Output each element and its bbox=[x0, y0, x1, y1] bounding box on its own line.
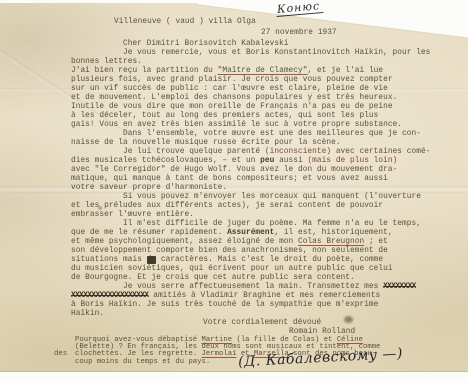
letter-text-segment: Je vous serre affectueusement la main. T… bbox=[123, 283, 383, 291]
letter-line: Il m'est difficile de juger du poème. Ma… bbox=[71, 220, 441, 229]
letter-line: Cher Dimitri Borisovitch Kabalevski bbox=[71, 40, 441, 49]
letter-text-segment: (mais de plus loin) bbox=[307, 157, 397, 165]
letter-line: Si vous pouvez m'envoyer les morceaux qu… bbox=[71, 193, 441, 202]
letter-text-segment: matique, qui manque à tant de bons compo… bbox=[71, 175, 388, 183]
letter-line: matique, qui manque à tant de bons compo… bbox=[71, 175, 441, 184]
letter-text-segment: aussi bbox=[274, 157, 307, 165]
letter-text-segment: (inconsciente) bbox=[265, 148, 331, 156]
letter-line: J'ai bien reçu la partition du "Maître d… bbox=[71, 67, 441, 76]
letter-text-segment: , il est, historiquement, bbox=[274, 229, 392, 237]
letter-text-segment: que de me le résumer rapidement. bbox=[71, 229, 227, 237]
letter-line: Inutile de vous dire que mon oreille de … bbox=[71, 103, 441, 112]
letter-text-segment: Assurément bbox=[227, 229, 274, 237]
margin-insertion-word: des bbox=[54, 351, 67, 358]
letter-line: Haïkin. bbox=[71, 310, 441, 319]
letter-line: plusieurs fois, avec grand plaisir. Je c… bbox=[71, 76, 441, 85]
letter-line: Je lui trouve quelque parenté (inconscie… bbox=[71, 148, 441, 157]
letter-text-segment: de bbox=[147, 256, 156, 264]
letter-text-segment: à Boris Haïkin. Je suis très touché de l… bbox=[71, 301, 378, 309]
letter-text-segment: avec "le Corregidor" de Hugo Wolf. Vous … bbox=[71, 166, 397, 174]
letter-text-segment: avec certaines comé- bbox=[331, 148, 430, 156]
letter-text-segment: Si vous pouvez m'envoyer les morceaux qu… bbox=[123, 193, 421, 201]
letter-text-segment: Cher Dimitri Borisovitch Kabalevski bbox=[123, 40, 289, 48]
letter-text-segment: et les préludes aux différents actes), j… bbox=[71, 202, 383, 210]
letter-text-segment: bonnes lettres. bbox=[71, 58, 142, 66]
letter-line: que de me le résumer rapidement. Assurém… bbox=[71, 229, 441, 238]
letter-text-segment: "Maître de Clamecy" bbox=[218, 67, 308, 75]
ink-blot bbox=[344, 316, 353, 323]
letter-line: Dans l'ensemble, votre œuvre est une des… bbox=[71, 130, 441, 139]
letter-text-segment: gais! Vous en avez très bien assimilé le… bbox=[71, 121, 402, 129]
letter-text-segment: coup moins du temps et du pays. bbox=[75, 358, 210, 366]
letter-text-segment: Romain Rolland bbox=[289, 328, 355, 336]
struck-out-text: XXXXXXXX bbox=[383, 283, 416, 291]
letter-text-segment: ; et bbox=[364, 238, 388, 246]
letter-text-segment: situations mais bbox=[71, 256, 147, 264]
letter-line: sur un vif succès de public : car l'œuvr… bbox=[71, 85, 441, 94]
letter-line: dies musicales tchécoslovaques, – et un … bbox=[71, 157, 441, 166]
letter-text-segment: Colas Breugnon bbox=[298, 238, 364, 246]
letter-text-segment: Je lui trouve quelque parenté bbox=[123, 148, 265, 156]
letter-text-segment: à les déceler, tout au long des premiers… bbox=[71, 112, 378, 120]
letter-text-segment: Dans l'ensemble, votre œuvre est une des… bbox=[123, 130, 421, 138]
letter-line: votre saveur propre d'harmoniste. bbox=[71, 184, 441, 193]
letter-line: de Bourgogne. Et je crois que cet autre … bbox=[71, 274, 441, 283]
letter-text-segment: de Bourgogne. Et je crois que cet autre … bbox=[71, 274, 355, 282]
letter-text-segment: amitiés à Vladimir Braghine et mes remer… bbox=[149, 292, 381, 300]
letter-text-segment: dies musicales tchécoslovaques, – et un bbox=[71, 157, 260, 165]
letter-line: à Boris Haïkin. Je suis très touché de l… bbox=[71, 301, 441, 310]
struck-out-text: XXXXXXXXXXXXXXXXXXX bbox=[71, 292, 149, 300]
letter-text-segment: Haïkin. bbox=[71, 310, 104, 318]
letter-line: et même psychologiquement, assez éloigné… bbox=[71, 238, 441, 247]
letter-line: XXXXXXXXXXXXXXXXXXX amitiés à Vladimir B… bbox=[71, 292, 441, 301]
letter-line: du musicien soviétiques, qui écrivent po… bbox=[71, 265, 441, 274]
letter-text-segment: naisse de la nouvelle musique russe écri… bbox=[71, 139, 341, 147]
letter-line: naisse de la nouvelle musique russe écri… bbox=[71, 139, 441, 148]
letter-address: Villeneuve ( vaud ) villa Olga bbox=[114, 18, 256, 26]
letter-text-segment: J'ai bien reçu la partition du bbox=[71, 67, 218, 75]
letter-line: Votre cordialement dévoué bbox=[71, 319, 441, 328]
letter-line: avec "le Corregidor" de Hugo Wolf. Vous … bbox=[71, 166, 441, 175]
letter-text-segment: et même psychologiquement, assez éloigné… bbox=[71, 238, 298, 246]
scanned-letter-page: Конюс Villeneuve ( vaud ) villa Olga 27 … bbox=[0, 0, 468, 382]
letter-text-segment: Inutile de vous dire que mon oreille de … bbox=[71, 103, 393, 111]
letter-text-segment: , et je l'ai lue bbox=[307, 67, 383, 75]
letter-text-segment: Je vous remercie, vous et Boris Konstant… bbox=[123, 49, 430, 57]
letter-line: embrasser l'œuvre entière. bbox=[71, 211, 441, 220]
letter-body: Cher Dimitri Borisovitch KabalevskiJe vo… bbox=[71, 40, 441, 337]
letter-text-segment: Votre cordialement dévoué bbox=[203, 319, 321, 327]
ink-speck bbox=[98, 206, 102, 210]
letter-text-segment: et de mouvement. L'emploi des chansons p… bbox=[71, 94, 397, 102]
letter-line: et les préludes aux différents actes), j… bbox=[71, 202, 441, 211]
letter-line: bonnes lettres. bbox=[71, 58, 441, 67]
letter-text-segment: son développement comporte bien des anac… bbox=[71, 247, 388, 255]
letter-line: et de mouvement. L'emploi des chansons p… bbox=[71, 94, 441, 103]
letter-text-segment: plusieurs fois, avec grand plaisir. Je c… bbox=[71, 76, 393, 84]
letter-text-segment: caractères. Mais c'est le droit du poète… bbox=[156, 256, 383, 264]
letter-line: Je vous remercie, vous et Boris Konstant… bbox=[71, 49, 441, 58]
letter-line: gais! Vous en avez très bien assimilé le… bbox=[71, 121, 441, 130]
letter-text-segment: sur un vif succès de public : car l'œuvr… bbox=[71, 85, 388, 93]
letter-text-segment: votre saveur propre d'harmoniste. bbox=[71, 184, 227, 192]
letter-text-segment: Il m'est difficile de juger du poème. Ma… bbox=[123, 220, 421, 228]
letter-text-segment: embrasser l'œuvre entière. bbox=[71, 211, 194, 219]
letter-line: Je vous serre affectueusement la main. T… bbox=[71, 283, 441, 292]
letter-text-segment: peu bbox=[260, 157, 274, 165]
letter-line: situations mais de caractères. Mais c'es… bbox=[71, 256, 441, 265]
letter-line: son développement comporte bien des anac… bbox=[71, 247, 441, 256]
letter-text-segment: du musicien soviétiques, qui écrivent po… bbox=[71, 265, 393, 273]
letter-line: à les déceler, tout au long des premiers… bbox=[71, 112, 441, 121]
letter-date: 27 novembre 1937 bbox=[261, 29, 337, 37]
